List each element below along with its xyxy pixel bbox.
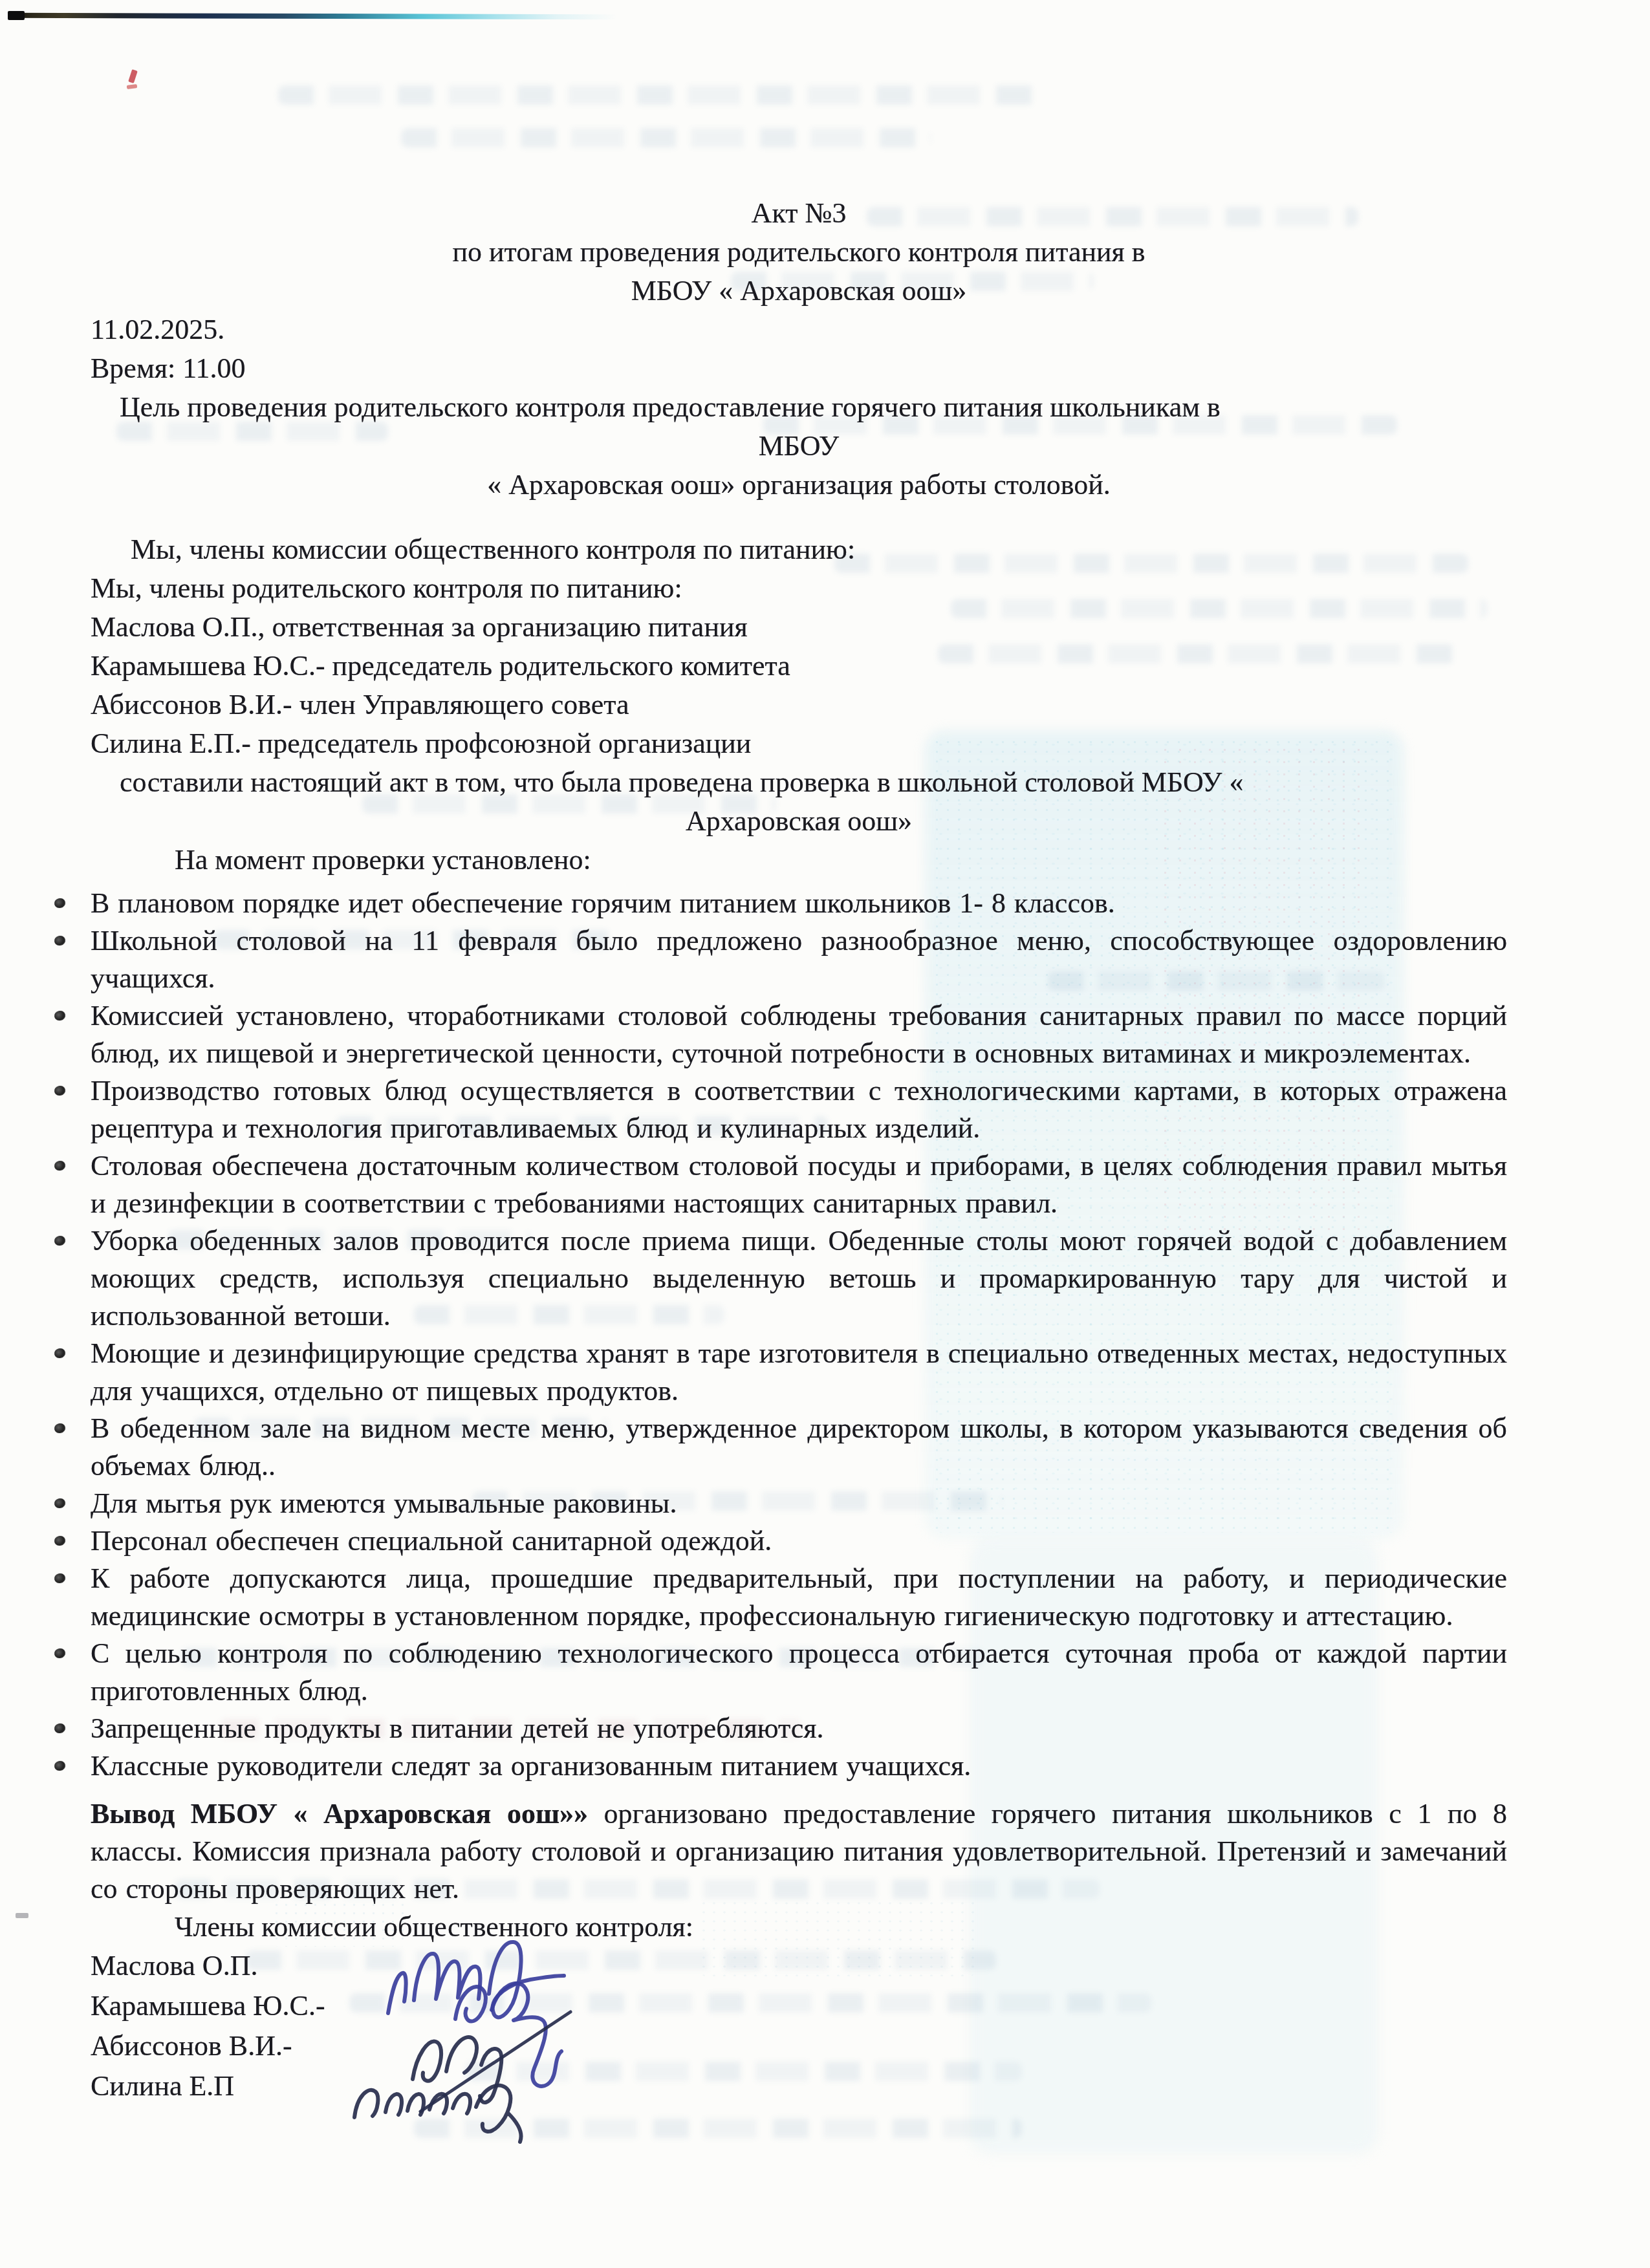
finding-item: Персонал обеспечен специальной санитарно… bbox=[91, 1522, 1507, 1560]
act-statement-line: Архаровская оош» bbox=[91, 802, 1507, 841]
bullet-marker-icon bbox=[54, 1572, 67, 1584]
document-content: Акт №3 по итогам проведения родительског… bbox=[0, 0, 1650, 2268]
finding-item: Школьной столовой на 11 февраля было пре… bbox=[91, 922, 1507, 997]
finding-text: К работе допускаются лица, прошедшие пре… bbox=[91, 1562, 1507, 1632]
finding-item: Столовая обеспечена достаточным количест… bbox=[91, 1147, 1507, 1222]
signature-ink-silina bbox=[336, 2041, 621, 2157]
section-gap bbox=[91, 504, 1507, 530]
finding-item: Уборка обеденных залов проводится после … bbox=[91, 1222, 1507, 1335]
signature-row-maslova: Маслова О.П. bbox=[91, 1947, 1507, 1987]
purpose-line: « Архаровская оош» организация работы ст… bbox=[91, 466, 1507, 504]
finding-item: К работе допускаются лица, прошедшие пре… bbox=[91, 1560, 1507, 1635]
purpose-line: МБОУ bbox=[91, 427, 1507, 466]
bullet-marker-icon bbox=[54, 1760, 67, 1771]
bullet-marker-icon bbox=[54, 1010, 67, 1021]
finding-text: Персонал обеспечен специальной санитарно… bbox=[91, 1525, 772, 1557]
commission-line: Мы, члены комиссии общественного контрол… bbox=[91, 530, 1507, 569]
bullet-marker-icon bbox=[54, 1722, 67, 1734]
finding-text: С целью контроля по соблюдению технологи… bbox=[91, 1637, 1507, 1707]
scanned-document-page: Акт №3 по итогам проведения родительског… bbox=[0, 0, 1650, 2268]
finding-text: В обеденном зале на видном месте меню, у… bbox=[91, 1412, 1507, 1482]
signatory-name: Силина Е.П bbox=[91, 2070, 234, 2102]
act-date: 11.02.2025. bbox=[91, 310, 1507, 349]
finding-item: Для мытья рук имеются умывальные раковин… bbox=[91, 1485, 1507, 1522]
conclusion-lead: Вывод МБОУ « Архаровская оош»» bbox=[91, 1798, 588, 1830]
act-statement-line: составили настоящий акт в том, что была … bbox=[91, 763, 1507, 802]
purpose-line: Цель проведения родительского контроля п… bbox=[91, 388, 1507, 427]
act-time: Время: 11.00 bbox=[91, 349, 1507, 388]
finding-item: Моющие и дезинфицирующие средства хранят… bbox=[91, 1335, 1507, 1410]
bullet-marker-icon bbox=[54, 1347, 67, 1359]
signature-row-karamysheva: Карамышева Ю.С.- bbox=[91, 1987, 1507, 2027]
finding-text: Комиссией установлено, чтоработниками ст… bbox=[91, 1000, 1507, 1069]
signatory-name: Абиссонов В.И.- bbox=[91, 2030, 292, 2062]
commission-line: Мы, члены родительского контроля по пита… bbox=[91, 569, 1507, 608]
finding-text: Столовая обеспечена достаточным количест… bbox=[91, 1150, 1507, 1219]
finding-item: Производство готовых блюд осуществляется… bbox=[91, 1072, 1507, 1147]
finding-text: Запрещенные продукты в питании детей не … bbox=[91, 1712, 824, 1744]
bullet-marker-icon bbox=[54, 1422, 67, 1434]
act-title: Акт №3 bbox=[91, 194, 1507, 233]
finding-text: Для мытья рук имеются умывальные раковин… bbox=[91, 1487, 677, 1519]
signature-row-silina: Силина Е.П bbox=[91, 2067, 1507, 2107]
finding-text: В плановом порядке идет обеспечение горя… bbox=[91, 887, 1115, 919]
finding-item: В обеденном зале на видном месте меню, у… bbox=[91, 1410, 1507, 1485]
bullet-marker-icon bbox=[54, 1235, 67, 1246]
findings-list: В плановом порядке идет обеспечение горя… bbox=[91, 885, 1507, 1785]
finding-text: Уборка обеденных залов проводится после … bbox=[91, 1225, 1507, 1332]
finding-item: С целью контроля по соблюдению технологи… bbox=[91, 1635, 1507, 1710]
finding-text: Производство готовых блюд осуществляется… bbox=[91, 1075, 1507, 1144]
bullet-marker-icon bbox=[54, 1535, 67, 1546]
finding-text: Моющие и дезинфицирующие средства хранят… bbox=[91, 1337, 1507, 1407]
signatory-name: Маслова О.П. bbox=[91, 1950, 257, 1982]
finding-item: Комиссией установлено, чтоработниками ст… bbox=[91, 997, 1507, 1072]
finding-item: Запрещенные продукты в питании детей не … bbox=[91, 1710, 1507, 1747]
act-subtitle: по итогам проведения родительского контр… bbox=[91, 233, 1507, 272]
signature-row-abissonov: Абиссонов В.И.- bbox=[91, 2027, 1507, 2067]
signatures-heading: Члены комиссии общественного контроля: bbox=[91, 1908, 1507, 1947]
commission-member: Абиссонов В.И.- член Управляющего совета bbox=[91, 686, 1507, 724]
bullet-marker-icon bbox=[54, 1497, 67, 1509]
finding-item: Классные руководители следят за организо… bbox=[91, 1747, 1507, 1785]
commission-member: Карамышева Ю.С.- председатель родительск… bbox=[91, 647, 1507, 686]
bullet-marker-icon bbox=[54, 897, 67, 909]
conclusion-paragraph: Вывод МБОУ « Архаровская оош»» организов… bbox=[91, 1795, 1507, 1908]
signatory-name: Карамышева Ю.С.- bbox=[91, 1990, 325, 2022]
bullet-marker-icon bbox=[54, 1647, 67, 1659]
findings-heading: На момент проверки установлено: bbox=[91, 841, 1507, 880]
bullet-marker-icon bbox=[54, 934, 67, 946]
finding-text: Классные руководители следят за организо… bbox=[91, 1750, 971, 1782]
bullet-marker-icon bbox=[54, 1085, 67, 1096]
commission-member: Силина Е.П.- председатель профсоюзной ор… bbox=[91, 724, 1507, 763]
bullet-marker-icon bbox=[54, 1160, 67, 1171]
finding-item: В плановом порядке идет обеспечение горя… bbox=[91, 885, 1507, 922]
finding-text: Школьной столовой на 11 февраля было пре… bbox=[91, 925, 1507, 994]
act-school-name: МБОУ « Архаровская оош» bbox=[91, 272, 1507, 310]
commission-member: Маслова О.П., ответственная за организац… bbox=[91, 608, 1507, 647]
